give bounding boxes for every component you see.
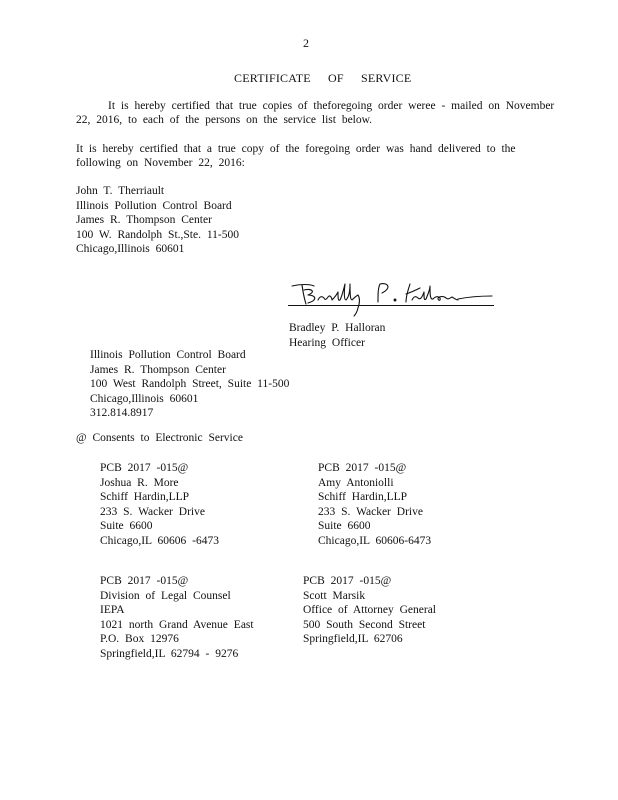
address-line: James R. Thompson Center [90, 363, 289, 378]
address-line: Suite 6600 [100, 519, 219, 534]
address-line: 1021 north Grand Avenue East [100, 618, 254, 633]
address-line: P.O. Box 12976 [100, 632, 254, 647]
hand-delivery-line-2: following on November 22, 2016: [76, 156, 516, 170]
page-number: 2 [303, 36, 309, 51]
address-line: 100 W. Randolph St.,Ste. 11-500 [76, 228, 239, 243]
case-number: PCB 2017 -015@ [100, 461, 219, 476]
recipient-name: Amy Antoniolli [318, 476, 431, 491]
address-line: John T. Therriault [76, 184, 239, 199]
address-line: 500 South Second Street [303, 618, 436, 633]
electronic-service-consent-note: @ Consents to Electronic Service [76, 432, 243, 444]
service-list-entry: PCB 2017 -015@ Amy Antoniolli Schiff Har… [318, 461, 431, 548]
handwritten-signature-icon [288, 278, 494, 318]
address-line: Chicago,IL 60606 -6473 [100, 534, 219, 549]
board-phone: 312.814.8917 [90, 406, 289, 421]
address-line: 233 S. Wacker Drive [100, 505, 219, 520]
recipient-name: Division of Legal Counsel [100, 589, 254, 604]
address-line: Chicago,Illinois 60601 [76, 242, 239, 257]
hand-delivery-certification-paragraph: It is hereby certified that a true copy … [76, 142, 516, 170]
service-list-entry: PCB 2017 -015@ Joshua R. More Schiff Har… [100, 461, 219, 548]
address-line: Suite 6600 [318, 519, 431, 534]
recipient-name: Joshua R. More [100, 476, 219, 491]
signature-line [288, 305, 494, 306]
address-line: Office of Attorney General [303, 603, 436, 618]
mailed-certification-line-1: It is hereby certified that true copies … [76, 99, 554, 113]
address-line: Springfield,IL 62706 [303, 632, 436, 647]
address-line: Illinois Pollution Control Board [76, 199, 239, 214]
board-address: Illinois Pollution Control Board James R… [90, 348, 289, 421]
address-line: Schiff Hardin,LLP [100, 490, 219, 505]
address-line: Illinois Pollution Control Board [90, 348, 289, 363]
service-list-entry: PCB 2017 -015@ Division of Legal Counsel… [100, 574, 254, 661]
address-line: 100 West Randolph Street, Suite 11-500 [90, 377, 289, 392]
address-line: 233 S. Wacker Drive [318, 505, 431, 520]
document-title: CERTIFICATE OF SERVICE [234, 71, 411, 86]
signer-name: Bradley P. Halloran [289, 321, 385, 336]
address-line: IEPA [100, 603, 254, 618]
recipient-name: Scott Marsik [303, 589, 436, 604]
signature-block [288, 278, 494, 318]
case-number: PCB 2017 -015@ [303, 574, 436, 589]
signer-block: Bradley P. Halloran Hearing Officer [289, 321, 385, 350]
hand-delivery-line-1: It is hereby certified that a true copy … [76, 142, 516, 156]
case-number: PCB 2017 -015@ [100, 574, 254, 589]
address-line: Springfield,IL 62794 - 9276 [100, 647, 254, 662]
address-line: Schiff Hardin,LLP [318, 490, 431, 505]
address-line: James R. Thompson Center [76, 213, 239, 228]
case-number: PCB 2017 -015@ [318, 461, 431, 476]
service-list-entry: PCB 2017 -015@ Scott Marsik Office of At… [303, 574, 436, 647]
mailed-certification-line-2: 22, 2016, to each of the persons on the … [76, 113, 554, 127]
hand-delivery-recipient-address: John T. Therriault Illinois Pollution Co… [76, 184, 239, 257]
address-line: Chicago,Illinois 60601 [90, 392, 289, 407]
signer-title: Hearing Officer [289, 336, 385, 351]
mailed-certification-paragraph: It is hereby certified that true copies … [76, 99, 554, 127]
address-line: Chicago,IL 60606-6473 [318, 534, 431, 549]
